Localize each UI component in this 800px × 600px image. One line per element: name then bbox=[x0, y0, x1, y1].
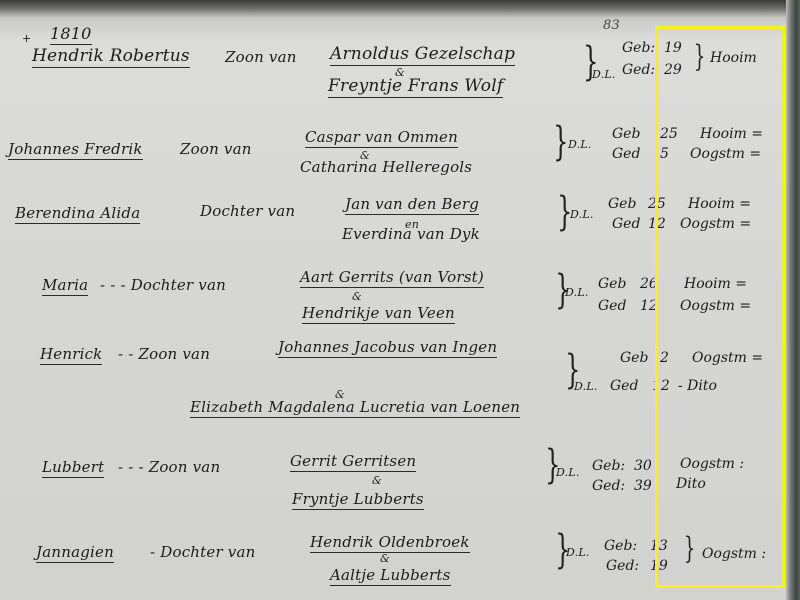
conjunction: & bbox=[352, 290, 362, 303]
baptized-day: 19 bbox=[650, 558, 668, 574]
month-born: Hooim = bbox=[688, 196, 751, 212]
born-day: 2 bbox=[660, 350, 669, 366]
page-note: 83 bbox=[603, 18, 620, 33]
baptized-label: Ged: bbox=[592, 478, 625, 494]
brace: } bbox=[694, 42, 705, 72]
relation: Dochter van bbox=[200, 202, 295, 220]
mother-name: Freyntje Frans Wolf bbox=[328, 76, 503, 98]
month-baptized: - Dito bbox=[678, 378, 717, 394]
year-heading: 1810 bbox=[50, 24, 92, 45]
witness-mark: D.L. bbox=[592, 68, 616, 81]
month-baptized: Dito bbox=[676, 476, 706, 492]
born-label: Geb: bbox=[592, 458, 625, 474]
child-name: Johannes Fredrik bbox=[8, 140, 143, 160]
born-label: Geb bbox=[598, 276, 626, 292]
month-born: Hooim = bbox=[700, 126, 763, 142]
father-name: Johannes Jacobus van Ingen bbox=[278, 338, 497, 358]
baptized-label: Ged bbox=[598, 298, 626, 314]
month-baptized: Oogstm = bbox=[680, 216, 751, 232]
baptized-label: Ged: bbox=[606, 558, 639, 574]
month-born: Oogstm : bbox=[680, 456, 744, 472]
father-name: Caspar van Ommen bbox=[305, 128, 458, 148]
mother-name: Elizabeth Magdalena Lucretia van Loenen bbox=[190, 398, 520, 418]
baptized-label: Ged bbox=[610, 378, 638, 394]
father-name: Arnoldus Gezelschap bbox=[330, 44, 515, 66]
brace: } bbox=[545, 445, 560, 485]
month-born: Oogstm : bbox=[702, 546, 766, 562]
relation: - - - Dochter van bbox=[100, 276, 226, 294]
month-baptized: Oogstm = bbox=[690, 146, 761, 162]
born-day: 19 bbox=[664, 40, 682, 56]
born-day: 30 bbox=[634, 458, 652, 474]
conjunction: & bbox=[372, 474, 382, 487]
mother-name: Catharina Helleregols bbox=[300, 158, 472, 176]
born-label: Geb bbox=[608, 196, 636, 212]
witness-mark: D.L. bbox=[570, 208, 594, 221]
relation: - - Zoon van bbox=[118, 345, 210, 363]
born-day: 25 bbox=[660, 126, 678, 142]
child-name: Lubbert bbox=[42, 458, 104, 478]
child-name: Berendina Alida bbox=[15, 204, 140, 224]
brace: } bbox=[553, 122, 568, 162]
register-page-scan: + 1810 83 Hendrik Robertus Zoon van Arno… bbox=[0, 0, 800, 600]
father-name: Gerrit Gerritsen bbox=[290, 452, 416, 472]
child-name: Hendrik Robertus bbox=[32, 46, 190, 68]
born-label: Geb bbox=[612, 126, 640, 142]
month-baptized: Oogstm = bbox=[680, 298, 751, 314]
born-day: 25 bbox=[648, 196, 666, 212]
mother-name: Hendrikje van Veen bbox=[302, 304, 455, 324]
month-born: Hooim bbox=[710, 50, 757, 66]
baptized-label: Ged bbox=[612, 146, 640, 162]
father-name: Hendrik Oldenbroek bbox=[310, 533, 470, 553]
baptized-label: Ged bbox=[612, 216, 640, 232]
child-name: Henrick bbox=[40, 345, 102, 365]
book-edge bbox=[786, 0, 800, 600]
month-born: Oogstm = bbox=[692, 350, 763, 366]
mother-name: Fryntje Lubberts bbox=[292, 490, 424, 510]
mother-name: Aaltje Lubberts bbox=[330, 566, 451, 586]
witness-mark: D.L. bbox=[565, 286, 589, 299]
baptized-day: 12 bbox=[652, 378, 670, 394]
relation: Zoon van bbox=[225, 48, 297, 66]
witness-mark: D.L. bbox=[556, 466, 580, 479]
born-day: 26 bbox=[640, 276, 658, 292]
child-name: Jannagien bbox=[36, 543, 114, 563]
baptized-day: 5 bbox=[660, 146, 669, 162]
born-label: Geb: bbox=[604, 538, 637, 554]
baptized-day: 39 bbox=[634, 478, 652, 494]
born-label: Geb bbox=[620, 350, 648, 366]
father-name: Aart Gerrits (van Vorst) bbox=[300, 268, 484, 288]
brace: } bbox=[684, 534, 695, 564]
relation: - - - Zoon van bbox=[118, 458, 220, 476]
mother-name: Everdina van Dyk bbox=[342, 225, 480, 243]
relation: - Dochter van bbox=[150, 543, 255, 561]
father-name: Jan van den Berg bbox=[345, 195, 479, 215]
corner-mark: + bbox=[22, 32, 31, 45]
child-name: Maria bbox=[42, 276, 88, 296]
relation: Zoon van bbox=[180, 140, 252, 158]
baptized-label: Ged: bbox=[622, 62, 655, 78]
born-label: Geb: bbox=[622, 40, 655, 56]
baptized-day: 12 bbox=[640, 298, 658, 314]
witness-mark: D.L. bbox=[568, 138, 592, 151]
witness-mark: D.L. bbox=[566, 546, 590, 559]
baptized-day: 12 bbox=[648, 216, 666, 232]
baptized-day: 29 bbox=[664, 62, 682, 78]
month-born: Hooim = bbox=[684, 276, 747, 292]
born-day: 13 bbox=[650, 538, 668, 554]
conjunction: & bbox=[380, 552, 390, 565]
witness-mark: D.L. bbox=[574, 380, 598, 393]
